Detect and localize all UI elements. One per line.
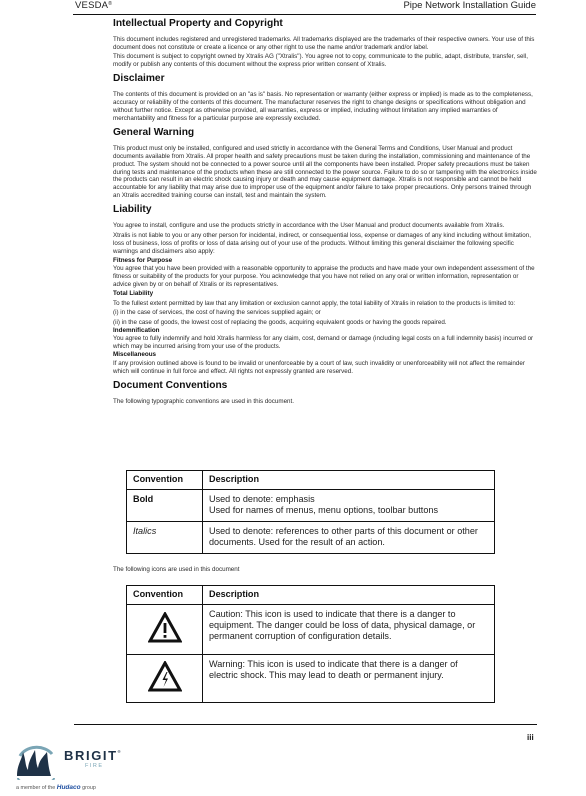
section-title-ip: Intellectual Property and Copyright [113, 17, 538, 30]
liability-paragraph: Xtralis is not liable to you or any othe… [113, 232, 538, 256]
subheading-miscellaneous: Miscellaneous [113, 351, 538, 359]
column-header-description: Description [203, 471, 495, 490]
header-product-name: VESDA® [75, 0, 112, 11]
description-cell: Used to denote: emphasis Used for names … [203, 490, 495, 522]
total-liability-item: (ii) in the case of goods, the lowest co… [113, 319, 538, 327]
section-title-document-conventions: Document Conventions [113, 379, 538, 392]
fitness-paragraph: You agree that you have been provided wi… [113, 265, 538, 289]
icon-cell [127, 655, 203, 703]
brigit-fire-logo: BRIGIT® FIRE a member of the Hudaco grou… [14, 742, 114, 796]
subheading-total-liability: Total Liability [113, 290, 538, 298]
caution-triangle-icon [148, 612, 182, 644]
description-line: Used for names of menus, menu options, t… [209, 505, 488, 516]
total-liability-paragraph: To the fullest extent permitted by law t… [113, 300, 538, 308]
total-liability-item: (i) in the case of services, the cost of… [113, 309, 538, 317]
table-row: Italics Used to denote: references to ot… [127, 522, 495, 554]
icon-conventions-table: Convention Description Caution: This ico… [126, 585, 495, 703]
description-line: Used to denote: emphasis [209, 494, 488, 505]
icon-cell [127, 605, 203, 655]
disclaimer-paragraph: The contents of this document is provide… [113, 91, 538, 123]
table-header-row: Convention Description [127, 471, 495, 490]
conventions-intro: The following typographic conventions ar… [113, 398, 538, 406]
flame-emblem-icon [14, 742, 58, 780]
page-content: Intellectual Property and Copyright This… [113, 17, 538, 406]
convention-italics: Italics [127, 522, 203, 554]
liability-paragraph: You agree to install, configure and use … [113, 222, 538, 230]
member-of-group: a member of the Hudaco group [16, 784, 96, 791]
brand-name: BRIGIT® [64, 748, 121, 763]
subheading-fitness: Fitness for Purpose [113, 257, 538, 265]
header-guide-title: Pipe Network Installation Guide [403, 0, 536, 11]
table-row: Bold Used to denote: emphasis Used for n… [127, 490, 495, 522]
icons-intro: The following icons are used in this doc… [113, 566, 538, 574]
page-number: iii [527, 733, 534, 742]
description-cell: Warning: This icon is used to indicate t… [203, 655, 495, 703]
description-cell: Caution: This icon is used to indicate t… [203, 605, 495, 655]
convention-bold: Bold [127, 490, 203, 522]
description-cell: Used to denote: references to other part… [203, 522, 495, 554]
table-header-row: Convention Description [127, 586, 495, 605]
miscellaneous-paragraph: If any provision outlined above is found… [113, 360, 538, 376]
column-header-convention: Convention [127, 471, 203, 490]
ip-paragraph: This document is subject to copyright ow… [113, 53, 538, 69]
subheading-indemnification: Indemnification [113, 327, 538, 335]
section-title-general-warning: General Warning [113, 126, 538, 139]
section-title-disclaimer: Disclaimer [113, 72, 538, 85]
electric-shock-warning-icon [148, 661, 182, 693]
brand-sub: FIRE [85, 763, 104, 769]
section-title-liability: Liability [113, 203, 538, 216]
footer-rule [74, 724, 537, 725]
column-header-convention: Convention [127, 586, 203, 605]
column-header-description: Description [203, 586, 495, 605]
indemnification-paragraph: You agree to fully indemnify and hold Xt… [113, 335, 538, 351]
typographic-conventions-table: Convention Description Bold Used to deno… [126, 470, 495, 554]
ip-paragraph: This document includes registered and un… [113, 36, 538, 52]
header-rule [73, 14, 536, 15]
table-row: Caution: This icon is used to indicate t… [127, 605, 495, 655]
table-row: Warning: This icon is used to indicate t… [127, 655, 495, 703]
warning-paragraph: This product must only be installed, con… [113, 145, 538, 200]
